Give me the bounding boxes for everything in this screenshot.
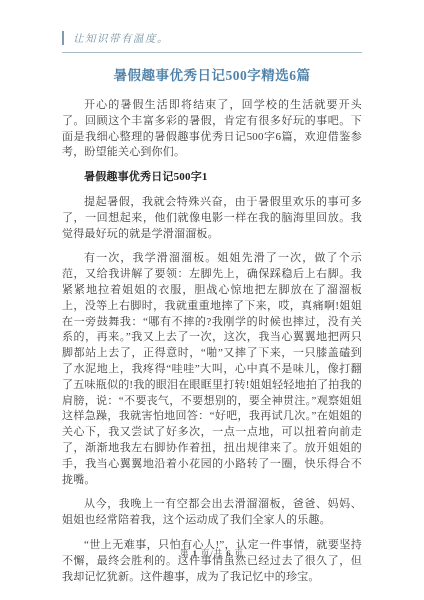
page-footer: 第1页/共6页: [0, 547, 424, 559]
header-divider: [62, 52, 362, 53]
footer-prefix: 第: [180, 548, 190, 558]
intro-paragraph: 开心的暑假生活即将结束了，回学校的生活就要开头了。回顾这个丰富多彩的暑假，肯定有…: [62, 98, 362, 161]
section-heading: 暑假趣事优秀日记500字1: [62, 170, 362, 186]
document-page: 让知识带有温度。 暑假趣事优秀日记500字精选6篇 开心的暑假生活即将结束了，回…: [0, 0, 424, 600]
header-accent-bar: [62, 31, 64, 45]
page-header: 让知识带有温度。: [62, 30, 362, 46]
footer-page-total: 6: [226, 548, 231, 558]
header-quote: 让知识带有温度。: [73, 31, 169, 46]
footer-page-current: 1: [193, 548, 198, 558]
body-paragraph-2: 有一次，我学滑溜溜板。姐姐先滑了一次，做了个示范，又给我讲解了要领：左脚先上，确…: [62, 251, 362, 488]
document-title: 暑假趣事优秀日记500字精选6篇: [62, 66, 362, 85]
body-paragraph-1: 提起暑假，我就会特殊兴奋，由于暑假里欢乐的事可多了，一回想起来，他们就像电影一样…: [62, 195, 362, 242]
footer-mid: 页/共: [201, 548, 223, 558]
body-paragraph-3: 从今，我晚上一有空都会出去滑溜溜板，爸爸、妈妈、姐姐也经常陪着我，这个运动成了我…: [62, 497, 362, 529]
footer-suffix: 页: [234, 548, 244, 558]
body-paragraph-4: “世上无难事，只怕有心人!”，认定一件事情，就要坚持不懈，最终会胜利的。这件事情…: [62, 538, 362, 585]
